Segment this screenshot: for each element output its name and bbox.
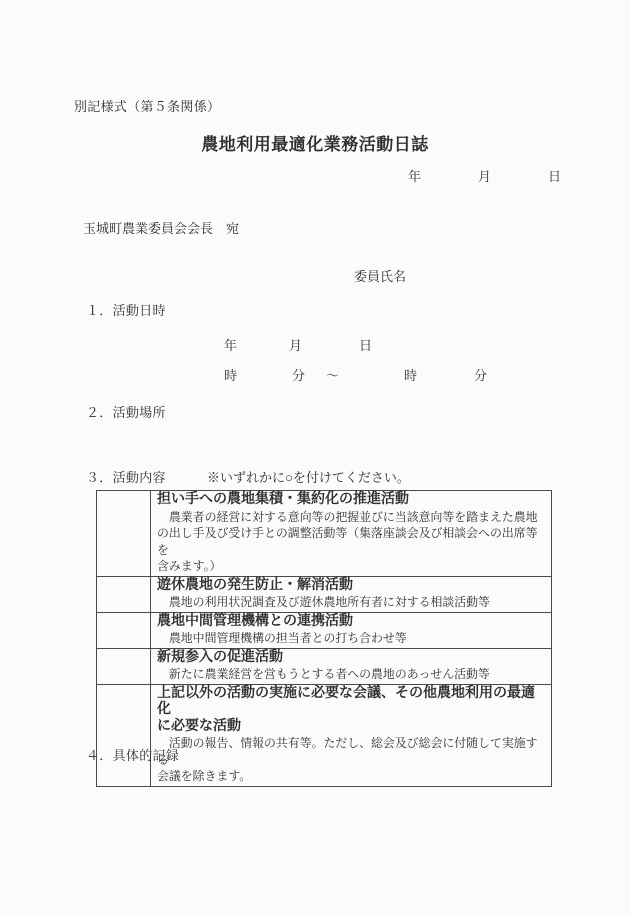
- document-page: 別記様式（第５条関係） 農地利用最適化業務活動日誌 年 月 日 玉城町農業委員会…: [0, 0, 630, 915]
- table-row: 新規参入の促進活動 新たに農業経営を営もうとする者への農地のあっせん活動等: [97, 648, 552, 684]
- activity-cell: 農地中間管理機構との連携活動 農地中間管理機構の担当者との打ち合わせ等: [151, 612, 552, 648]
- committee-member-label: 委員氏名: [354, 269, 406, 285]
- minute-start-label: 分: [292, 368, 305, 384]
- activity-title: 上記以外の活動の実施に必要な会議、その他農地利用の最適化 に必要な活動: [151, 685, 551, 736]
- table-row: 農地中間管理機構との連携活動 農地中間管理機構の担当者との打ち合わせ等: [97, 612, 552, 648]
- day-label: 日: [359, 338, 372, 354]
- mark-cell: [97, 648, 151, 684]
- mark-cell: [97, 491, 151, 577]
- activity-time-line: 時 分 ～ 時 分: [0, 368, 630, 385]
- year-label: 年: [224, 338, 237, 354]
- activity-title: 遊休農地の発生防止・解消活動: [151, 577, 551, 595]
- section-1-activity-datetime: １．活動日時: [86, 303, 166, 319]
- form-code: 別記様式（第５条関係）: [74, 99, 220, 115]
- minute-end-label: 分: [474, 368, 487, 384]
- activity-description: 新たに農業経営を営もうとする者への農地のあっせん活動等: [151, 666, 551, 684]
- table-row: 遊休農地の発生防止・解消活動 農地の利用状況調査及び遊休農地所有者に対する相談活…: [97, 576, 552, 612]
- activity-cell: 上記以外の活動の実施に必要な会議、その他農地利用の最適化 に必要な活動 活動の報…: [151, 684, 552, 786]
- mark-cell: [97, 684, 151, 786]
- activity-title: 新規参入の促進活動: [151, 649, 551, 667]
- table-row: 担い手への農地集積・集約化の推進活動 農業者の経営に対する意向等の把握並びに当該…: [97, 491, 552, 577]
- activity-date-line: 年 月 日: [0, 338, 630, 355]
- activity-description: 農地の利用状況調査及び遊休農地所有者に対する相談活動等: [151, 594, 551, 612]
- addressee: 玉城町農業委員会会長 宛: [83, 221, 239, 237]
- activity-title: 農地中間管理機構との連携活動: [151, 613, 551, 631]
- activity-description: 農地中間管理機構の担当者との打ち合わせ等: [151, 630, 551, 648]
- circle-instruction-note: ※いずれかに○を付けてください。: [207, 470, 410, 486]
- activity-title: 担い手への農地集積・集約化の推進活動: [151, 491, 551, 509]
- mark-cell: [97, 612, 151, 648]
- activity-cell: 遊休農地の発生防止・解消活動 農地の利用状況調査及び遊休農地所有者に対する相談活…: [151, 576, 552, 612]
- section-3-activity-content: ３．活動内容: [86, 470, 166, 486]
- hour-start-label: 時: [224, 368, 237, 384]
- activity-type-table: 担い手への農地集積・集約化の推進活動 農業者の経営に対する意向等の把握並びに当該…: [96, 490, 552, 787]
- section-4-specific-record: ４．具体的記録: [86, 748, 179, 764]
- month-label: 月: [289, 338, 302, 354]
- activity-description: 農業者の経営に対する意向等の把握並びに当該意向等を踏まえた農地 の出し手及び受け…: [151, 509, 551, 576]
- month-label: 月: [478, 169, 491, 185]
- day-label: 日: [548, 169, 561, 185]
- hour-end-label: 時: [404, 368, 417, 384]
- mark-cell: [97, 576, 151, 612]
- activity-cell: 担い手への農地集積・集約化の推進活動 農業者の経営に対する意向等の把握並びに当該…: [151, 491, 552, 577]
- year-label: 年: [408, 169, 421, 185]
- activity-cell: 新規参入の促進活動 新たに農業経営を営もうとする者への農地のあっせん活動等: [151, 648, 552, 684]
- activity-description: 活動の報告、情報の共有等。ただし、総会及び総会に付随して実施する 会議を除きます…: [151, 735, 551, 786]
- header-date-line: 年 月 日: [0, 169, 630, 186]
- document-title: 農地利用最適化業務活動日誌: [0, 130, 630, 155]
- section-2-activity-place: ２．活動場所: [86, 405, 166, 421]
- table-row: 上記以外の活動の実施に必要な会議、その他農地利用の最適化 に必要な活動 活動の報…: [97, 684, 552, 786]
- tilde-separator: ～: [326, 368, 339, 384]
